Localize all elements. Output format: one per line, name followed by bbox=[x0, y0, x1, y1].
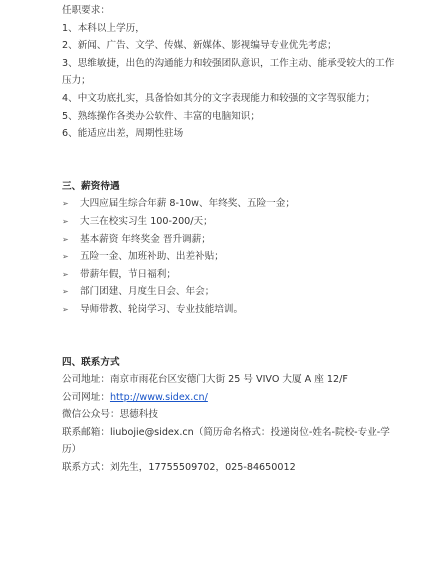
salary-item-text: 五险一金、加班补助、出差补贴； bbox=[80, 248, 224, 266]
salary-item-text: 导师带教、轮岗学习、专业技能培训。 bbox=[80, 301, 243, 319]
email-label: 联系邮箱： bbox=[62, 427, 110, 438]
wechat-value: 思德科技 bbox=[120, 409, 158, 420]
document-page: 任职要求： 1、本科以上学历， 2、新闻、广告、文学、传媒、新媒体、影视编导专业… bbox=[62, 2, 402, 477]
contact-wechat: 微信公众号：思德科技 bbox=[62, 406, 402, 424]
salary-item: ➢五险一金、加班补助、出差补贴； bbox=[62, 248, 402, 266]
arrow-bullet-icon: ➢ bbox=[62, 248, 80, 266]
wechat-label: 微信公众号： bbox=[62, 409, 120, 420]
spacer bbox=[62, 319, 402, 354]
requirement-item: 5、熟练操作各类办公软件、丰富的电脑知识； bbox=[62, 108, 402, 126]
contact-website: 公司网址：http://www.sidex.cn/ bbox=[62, 389, 402, 407]
website-label: 公司网址： bbox=[62, 392, 110, 403]
salary-item-text: 大三在校实习生 100-200/天； bbox=[80, 213, 213, 231]
arrow-bullet-icon: ➢ bbox=[62, 231, 80, 249]
salary-item: ➢大四应届生综合年薪 8-10w、年终奖、五险一金； bbox=[62, 195, 402, 213]
salary-item-text: 大四应届生综合年薪 8-10w、年终奖、五险一金； bbox=[80, 195, 295, 213]
requirement-item: 1、本科以上学历， bbox=[62, 20, 402, 38]
phone-value: 刘先生，17755509702，025-84650012 bbox=[110, 462, 296, 473]
salary-heading: 三、薪资待遇 bbox=[62, 178, 402, 196]
contact-email: 联系邮箱：liubojie@sidex.cn（简历命名格式：投递岗位-姓名-院校… bbox=[62, 424, 402, 459]
arrow-bullet-icon: ➢ bbox=[62, 283, 80, 301]
contact-address: 公司地址：南京市雨花台区安德门大街 25 号 VIVO 大厦 A 座 12/F bbox=[62, 371, 402, 389]
contact-heading: 四、联系方式 bbox=[62, 354, 402, 372]
email-value: liubojie@sidex.cn（简历命名格式：投递岗位-姓名-院校-专业-学… bbox=[62, 427, 390, 456]
requirements-title: 任职要求： bbox=[62, 2, 402, 20]
requirement-item: 6、能适应出差，周期性驻场 bbox=[62, 125, 402, 143]
requirement-item: 4、中文功底扎实，具备恰如其分的文字表现能力和较强的文字驾驭能力； bbox=[62, 90, 402, 108]
address-value: 南京市雨花台区安德门大街 25 号 VIVO 大厦 A 座 12/F bbox=[110, 374, 348, 385]
phone-label: 联系方式： bbox=[62, 462, 110, 473]
address-label: 公司地址： bbox=[62, 374, 110, 385]
salary-item: ➢基本薪资 年终奖金 晋升调薪； bbox=[62, 231, 402, 249]
spacer bbox=[62, 143, 402, 178]
arrow-bullet-icon: ➢ bbox=[62, 266, 80, 284]
salary-item: ➢导师带教、轮岗学习、专业技能培训。 bbox=[62, 301, 402, 319]
requirement-item: 2、新闻、广告、文学、传媒、新媒体、影视编导专业优先考虑； bbox=[62, 37, 402, 55]
arrow-bullet-icon: ➢ bbox=[62, 195, 80, 213]
salary-item-text: 部门团建、月度生日会、年会； bbox=[80, 283, 214, 301]
website-link[interactable]: http://www.sidex.cn/ bbox=[110, 392, 208, 403]
salary-item: ➢部门团建、月度生日会、年会； bbox=[62, 283, 402, 301]
salary-item-text: 带薪年假，节日福利； bbox=[80, 266, 176, 284]
salary-item-text: 基本薪资 年终奖金 晋升调薪； bbox=[80, 231, 211, 249]
arrow-bullet-icon: ➢ bbox=[62, 301, 80, 319]
requirement-item: 3、思维敏捷，出色的沟通能力和较强团队意识，工作主动、能承受较大的工作压力； bbox=[62, 55, 402, 90]
arrow-bullet-icon: ➢ bbox=[62, 213, 80, 231]
salary-item: ➢带薪年假，节日福利； bbox=[62, 266, 402, 284]
salary-item: ➢大三在校实习生 100-200/天； bbox=[62, 213, 402, 231]
contact-phone: 联系方式：刘先生，17755509702，025-84650012 bbox=[62, 459, 402, 477]
